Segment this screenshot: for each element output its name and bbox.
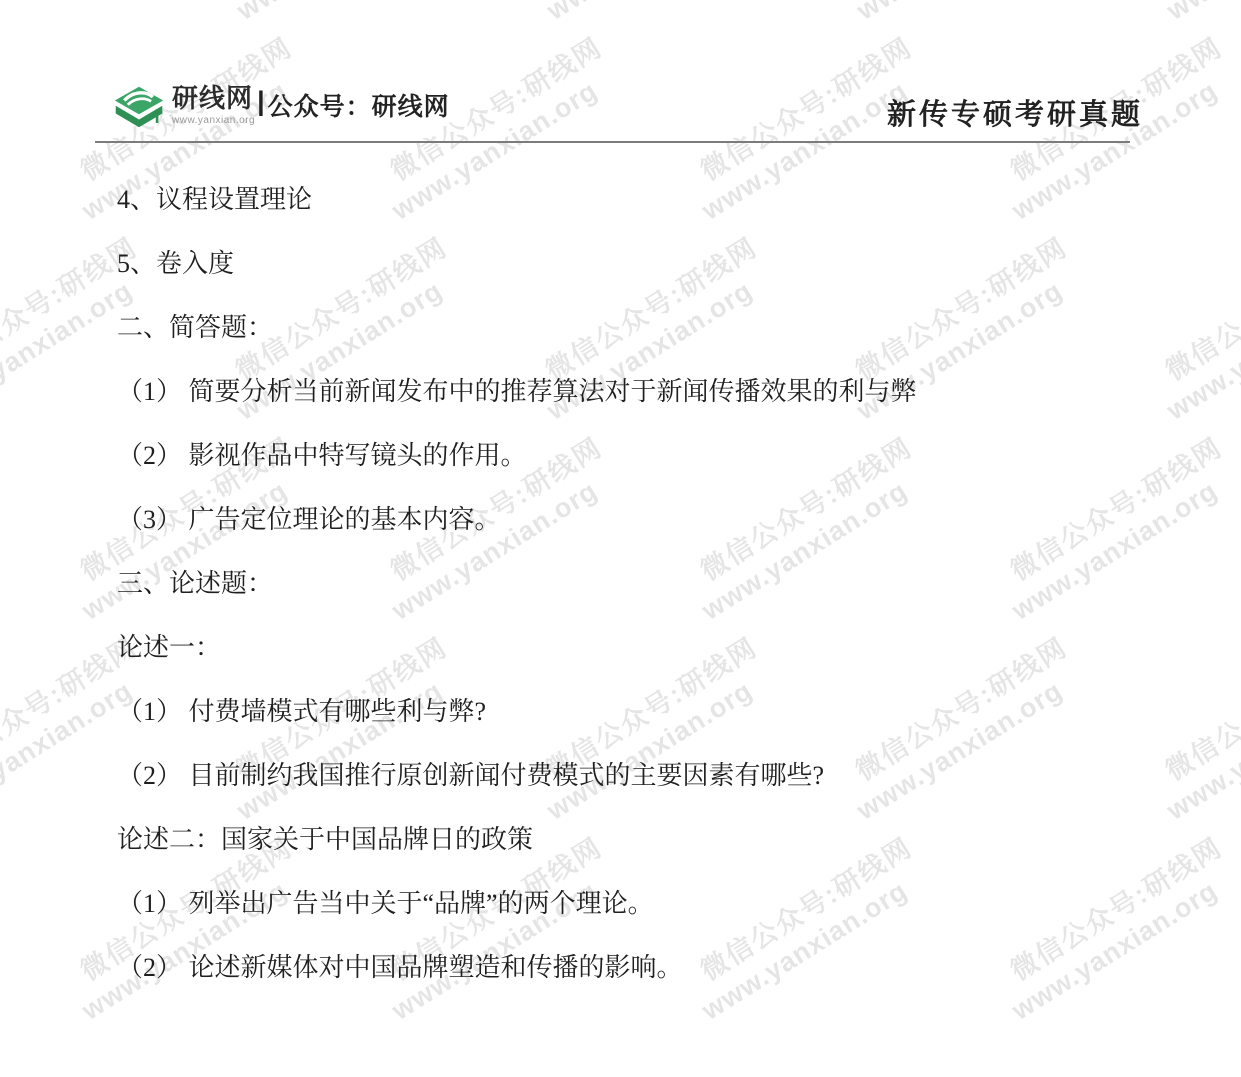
- wechat-account-label: 公众号：研线网: [268, 87, 450, 123]
- brand-block: 研线网 www.yanxian.org: [172, 84, 255, 126]
- brand-name: 研线网: [172, 84, 255, 114]
- yanxian-logo-icon: [113, 85, 165, 135]
- document-line-item5: 5、卷入度: [117, 229, 1181, 293]
- brand-site-url: www.yanxian.org: [172, 115, 255, 126]
- page-title: 新传专硕考研真题: [887, 92, 1143, 133]
- document-line-q2-2: （2） 影视作品中特写镜头的作用。: [117, 421, 1181, 485]
- document-line-q2-3: （3） 广告定位理论的基本内容。: [117, 485, 1181, 549]
- document-line-essay1: 论述一：: [117, 613, 1181, 677]
- document-line-essay1-q2: （2） 目前制约我国推行原创新闻付费模式的主要因素有哪些?: [117, 741, 1181, 805]
- watermark-tile: 微信公众号:研线网www.yanxian.org: [1160, 0, 1241, 17]
- document-line-section3: 三、论述题：: [117, 549, 1181, 613]
- document-line-essay2-q1: （1） 列举出广告当中关于“品牌”的两个理论。: [117, 869, 1181, 933]
- page-header: 研线网 www.yanxian.org | 公众号：研线网: [113, 84, 450, 135]
- header-rule: [95, 141, 1130, 143]
- watermark-tile: 微信公众号:研线网www.yanxian.org: [230, 0, 472, 17]
- watermark-tile: 微信公众号:研线网www.yanxian.org: [540, 0, 782, 17]
- document-page: 微信公众号:研线网www.yanxian.org微信公众号:研线网www.yan…: [0, 0, 1241, 1077]
- document-line-essay2: 论述二：国家关于中国品牌日的政策: [117, 805, 1181, 869]
- document-line-section2: 二、简答题：: [117, 293, 1181, 357]
- document-line-essay1-q1: （1） 付费墙模式有哪些利与弊?: [117, 677, 1181, 741]
- document-line-q2-1: （1） 简要分析当前新闻发布中的推荐算法对于新闻传播效果的利与弊: [117, 357, 1181, 421]
- watermark-tile: 微信公众号:研线网www.yanxian.org: [0, 0, 162, 17]
- document-line-item4: 4、议程设置理论: [117, 165, 1181, 229]
- watermark-tile: 微信公众号:研线网www.yanxian.org: [850, 0, 1092, 17]
- document-body: 4、议程设置理论 5、卷入度 二、简答题： （1） 简要分析当前新闻发布中的推荐…: [117, 165, 1181, 997]
- header-separator: |: [257, 86, 265, 117]
- document-line-essay2-q2: （2） 论述新媒体对中国品牌塑造和传播的影响。: [117, 933, 1181, 997]
